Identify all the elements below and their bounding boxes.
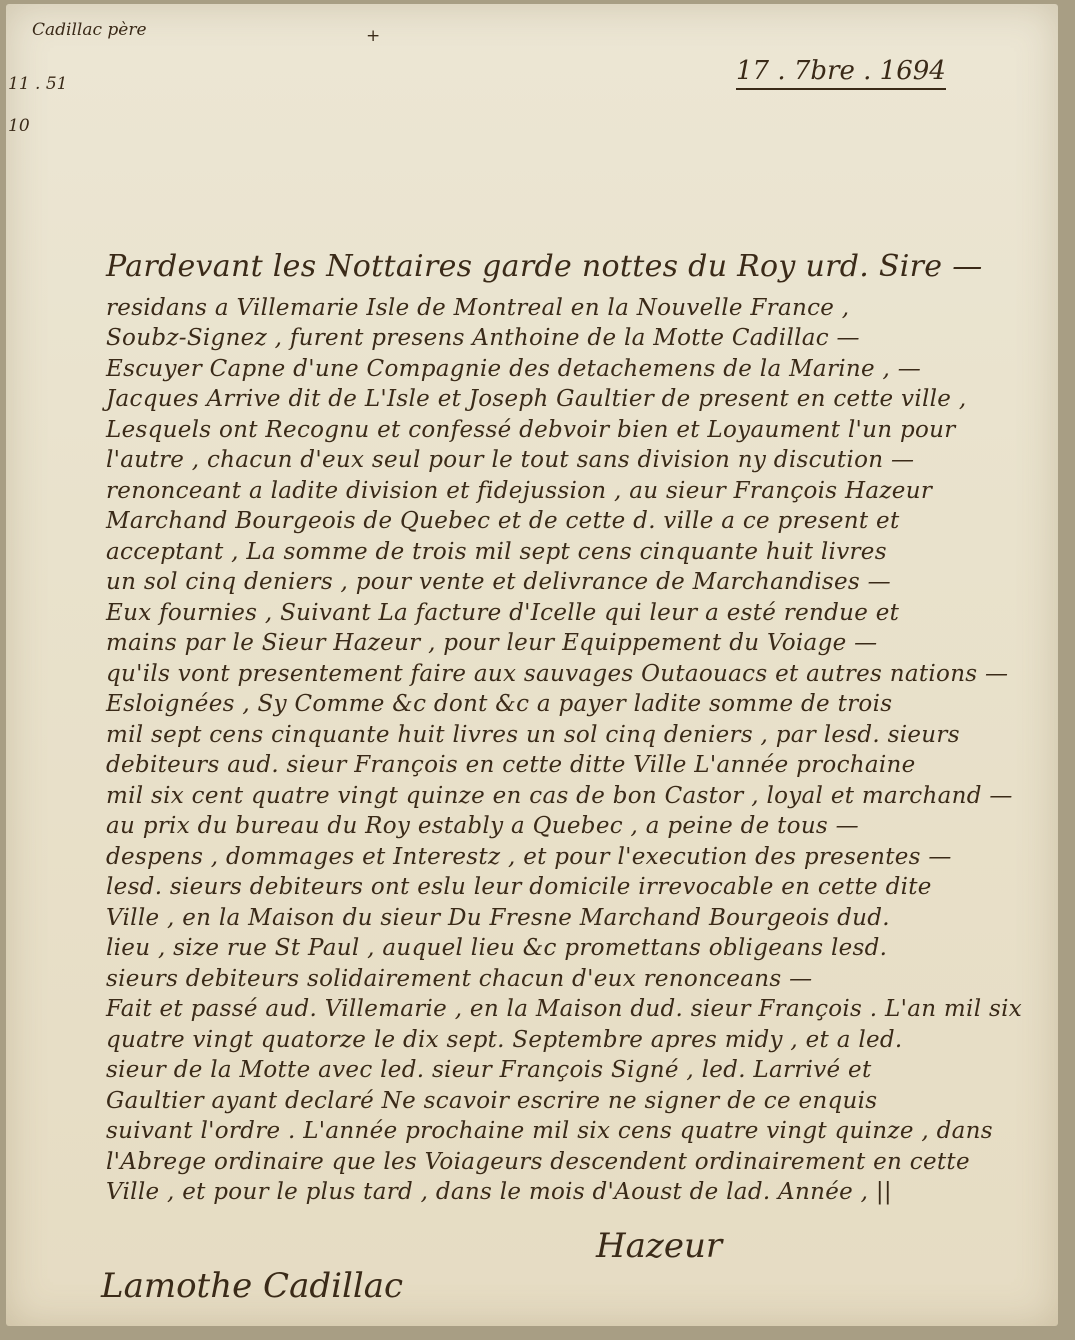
body-line: acceptant , La somme de trois mil sept c… [106,539,887,565]
body-line: Marchand Bourgeois de Quebec et de cette… [106,508,900,534]
body-line: Ville , et pour le plus tard , dans le m… [106,1179,892,1205]
body-line: Gaultier ayant declaré Ne scavoir escrir… [106,1088,877,1114]
body-line: Jacques Arrive dit de L'Isle et Joseph G… [106,386,966,412]
body-line: l'Abrege ordinaire que les Voiageurs des… [106,1149,970,1175]
margin-note-title: Cadillac père [32,20,147,40]
body-line: lieu , size rue St Paul , auquel lieu &c… [106,935,887,961]
signature-cadillac: Lamothe Cadillac [101,1266,403,1306]
body-line: Ville , en la Maison du sieur Du Fresne … [106,905,890,931]
body-line: Escuyer Capne d'une Compagnie des detach… [106,356,921,382]
document-date: 17 . 7bre . 1694 [736,56,946,90]
body-line: debiteurs aud. sieur François en cette d… [106,752,916,778]
body-line: qu'ils vont presentement faire aux sauva… [106,661,1008,687]
body-line: suivant l'ordre . L'année prochaine mil … [106,1118,993,1144]
body-line: lesd. sieurs debiteurs ont eslu leur dom… [106,874,932,900]
body-line: quatre vingt quatorze le dix sept. Septe… [106,1027,903,1053]
body-line: l'autre , chacun d'eux seul pour le tout… [106,447,914,473]
body-line: Fait et passé aud. Villemarie , en la Ma… [106,996,1022,1022]
body-line: Pardevant les Nottaires garde nottes du … [106,249,983,284]
margin-note-number: 10 [8,116,30,136]
signature-hazeur: Hazeur [596,1226,722,1266]
body-line: Esloignées , Sy Comme &c dont &c a payer… [106,691,892,717]
cross-mark: + [366,26,380,46]
body-line: un sol cinq deniers , pour vente et deli… [106,569,891,595]
body-line: sieurs debiteurs solidairement chacun d'… [106,966,812,992]
body-line: sieur de la Motte avec led. sieur Franço… [106,1057,872,1083]
manuscript-page: Cadillac père 11 . 51 10 + 17 . 7bre . 1… [6,4,1058,1326]
body-line: residans a Villemarie Isle de Montreal e… [106,295,849,321]
body-line: mil six cent quatre vingt quinze en cas … [106,783,1013,809]
body-line: au prix du bureau du Roy estably a Quebe… [106,813,859,839]
body-line: mains par le Sieur Hazeur , pour leur Eq… [106,630,877,656]
body-line: Soubz-Signez , furent presens Anthoine d… [106,325,860,351]
body-line: renonceant a ladite division et fidejuss… [106,478,932,504]
margin-note-reference: 11 . 51 [8,74,67,94]
body-line: Lesquels ont Recognu et confessé debvoir… [106,417,956,443]
body-line: Eux fournies , Suivant La facture d'Icel… [106,600,899,626]
body-line: despens , dommages et Interestz , et pou… [106,844,952,870]
body-line: mil sept cens cinquante huit livres un s… [106,722,960,748]
